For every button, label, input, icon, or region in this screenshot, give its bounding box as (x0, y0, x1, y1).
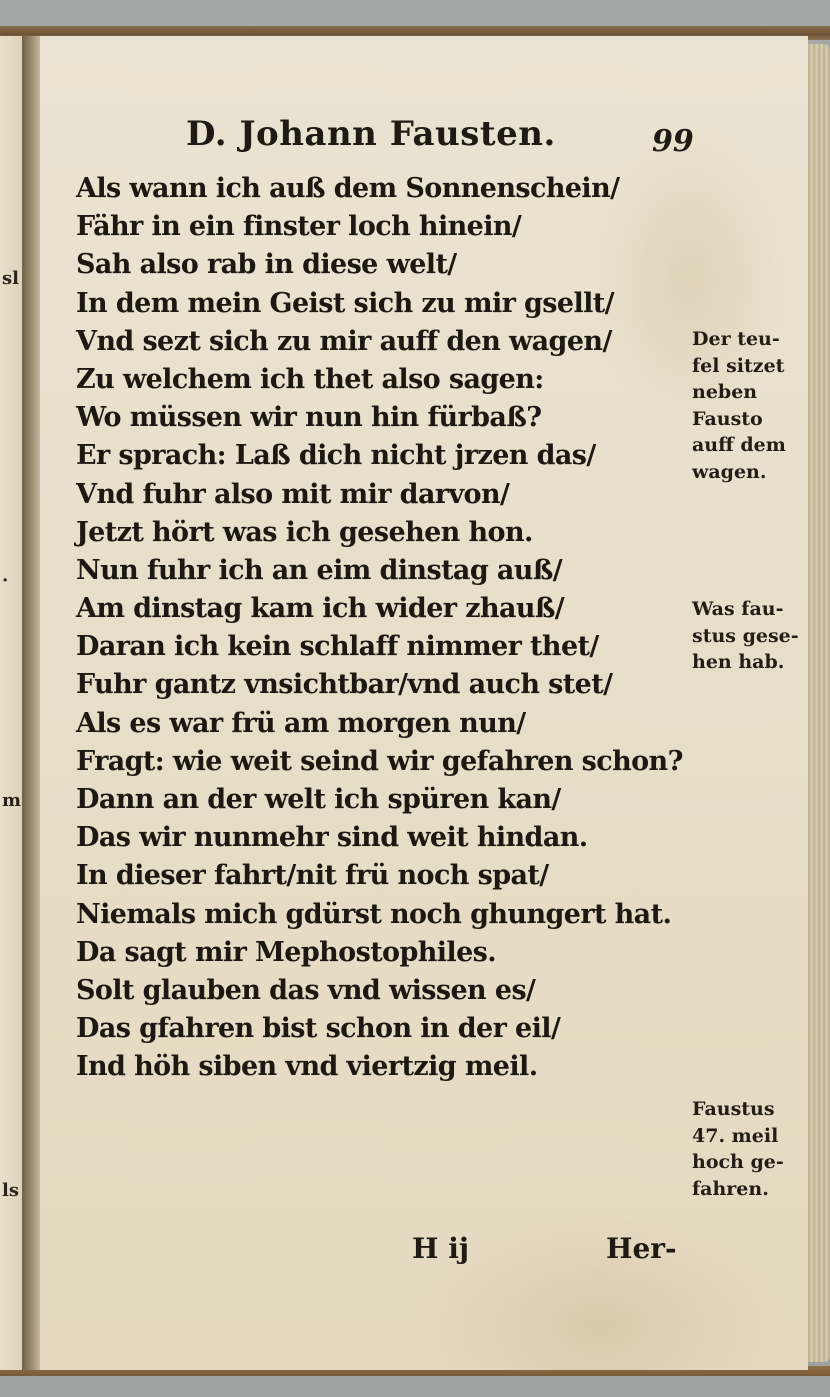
gloss-line: hoch ge- (692, 1149, 812, 1176)
verse-line: Nun fuhr ich an eim dinstag auß/ (76, 552, 696, 590)
gloss-line: stus gese- (692, 623, 812, 650)
gloss-line: fel sitzet (692, 353, 812, 380)
verse-line: Als es war frü am morgen nun/ (76, 705, 696, 743)
gloss-line: auff dem (692, 432, 812, 459)
verse-line: Solt glauben das vnd wissen es/ (76, 972, 696, 1010)
verse-line: Fuhr gantz vnsichtbar/vnd auch stet/ (76, 666, 696, 704)
marginal-gloss: Faustus 47. meil hoch ge- fahren. (692, 1096, 812, 1202)
book-page: D. Johann Fausten. 99 Als wann ich auß d… (40, 36, 808, 1370)
signature-mark: H ij (412, 1232, 469, 1265)
verse-line: Vnd fuhr also mit mir darvon/ (76, 476, 696, 514)
verse-line: Zu welchem ich thet also sagen: (76, 361, 696, 399)
gloss-line: Faustus (692, 1096, 812, 1123)
gloss-line: Fausto (692, 406, 812, 433)
verse-line: Fähr in ein finster loch hinein/ (76, 208, 696, 246)
verse-line: In dieser fahrt/nit frü noch spat/ (76, 857, 696, 895)
verse-line: Niemals mich gdürst noch ghungert hat. (76, 896, 696, 934)
gloss-line: wagen. (692, 459, 812, 486)
verse-line: Sah also rab in diese welt/ (76, 246, 696, 284)
page-number: 99 (652, 124, 694, 159)
verse-line: Wo müssen wir nun hin fürbaß? (76, 399, 696, 437)
marginal-gloss: Was fau- stus gese- hen hab. (692, 596, 812, 676)
verse-line: Jetzt hört was ich gesehen hon. (76, 514, 696, 552)
verse-text: Als wann ich auß dem Sonnenschein/ Fähr … (76, 170, 696, 1087)
running-head: D. Johann Fausten. (186, 114, 556, 154)
facing-page-fragment: sl (2, 268, 19, 289)
catchword: Her- (606, 1232, 677, 1265)
verse-line: Ind höh siben vnd viertzig meil. (76, 1048, 696, 1086)
gloss-line: Der teu- (692, 326, 812, 353)
facing-page-fragment: m. (2, 790, 24, 811)
verse-line: Das gfahren bist schon in der eil/ (76, 1010, 696, 1048)
gloss-line: 47. meil (692, 1123, 812, 1150)
gloss-line: neben (692, 379, 812, 406)
verse-line: Vnd sezt sich zu mir auff den wagen/ (76, 323, 696, 361)
verse-line: Er sprach: Laß dich nicht jrzen das/ (76, 437, 696, 475)
verse-line: Daran ich kein schlaff nimmer thet/ (76, 628, 696, 666)
verse-line: Als wann ich auß dem Sonnenschein/ (76, 170, 696, 208)
facing-page-fragment: ls (2, 1180, 19, 1201)
verse-line: Da sagt mir Mephostophiles. (76, 934, 696, 972)
facing-page-fragment: · (2, 570, 8, 591)
marginal-gloss: Der teu- fel sitzet neben Fausto auff de… (692, 326, 812, 485)
verse-line: Am dinstag kam ich wider zhauß/ (76, 590, 696, 628)
verse-line: Dann an der welt ich spüren kan/ (76, 781, 696, 819)
gloss-line: hen hab. (692, 649, 812, 676)
facing-page-edge: sl · m. ls (0, 36, 24, 1370)
gloss-line: Was fau- (692, 596, 812, 623)
verse-line: Fragt: wie weit seind wir gefahren schon… (76, 743, 696, 781)
gloss-line: fahren. (692, 1176, 812, 1203)
verse-line: In dem mein Geist sich zu mir gsellt/ (76, 285, 696, 323)
verse-line: Das wir nunmehr sind weit hindan. (76, 819, 696, 857)
